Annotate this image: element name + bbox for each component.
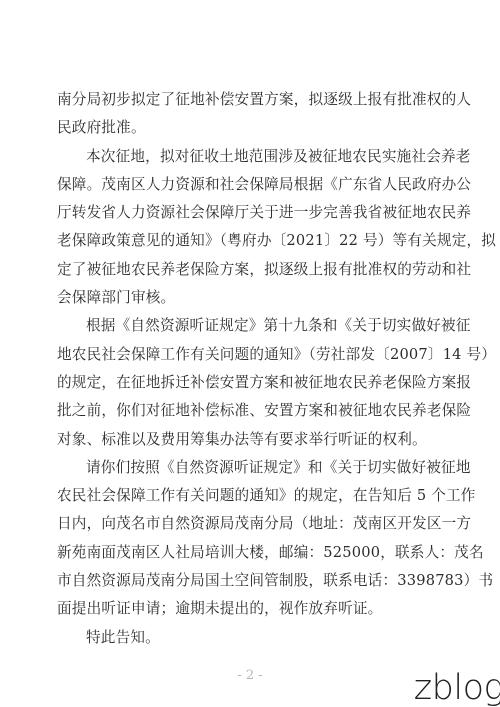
text-line: 地农民社会保障工作有关问题的通知》（劳社部发〔2007〕14 号） [57, 341, 441, 369]
paragraph: 根据《自然资源听证规定》第十九条和《关于切实做好被征 地农民社会保障工作有关问题… [57, 312, 441, 453]
text-line: 定了被征地农民养老保险方案，拟逐级上报有批准权的劳动和社 [57, 256, 441, 284]
text-line: 厅转发省人力资源社会保障厅关于进一步完善我省被征地农民养 [57, 199, 441, 227]
paragraph: 本次征地，拟对征收土地范围涉及被征地农民实施社会养老 保障。茂南区人力资源和社会… [57, 143, 441, 313]
text-line: 的规定，在征地拆迁补偿安置方案和被征地农民养老保险方案报 [57, 369, 441, 397]
text-line: 对象、标准以及费用筹集办法等有要求举行听证的权利。 [57, 426, 441, 454]
closing-line: 特此告知。 [57, 624, 441, 652]
watermark-logo: zblog [414, 668, 500, 707]
text-line: 批之前，你们对征地补偿标准、安置方案和被征地农民养老保险 [57, 397, 441, 425]
text-line: 市自然资源局茂南分局国土空间管制股，联系电话：3398783）书 [57, 567, 441, 595]
document-body: 南分局初步拟定了征地补偿安置方案，拟逐级上报有批准权的人 民政府批准。 本次征地… [57, 86, 441, 652]
paragraph: 南分局初步拟定了征地补偿安置方案，拟逐级上报有批准权的人 民政府批准。 [57, 86, 441, 143]
text-line: 本次征地，拟对征收土地范围涉及被征地农民实施社会养老 [57, 143, 441, 171]
text-line: 民政府批准。 [57, 114, 441, 142]
text-line: 请你们按照《自然资源听证规定》和《关于切实做好被征地 [57, 454, 441, 482]
text-line: 保障。茂南区人力资源和社会保障局根据《广东省人民政府办公 [57, 171, 441, 199]
text-line: 日内，向茂名市自然资源局茂南分局（地址：茂南区开发区一方 [57, 510, 441, 538]
paragraph: 请你们按照《自然资源听证规定》和《关于切实做好被征地 农民社会保障工作有关问题的… [57, 454, 441, 624]
text-line: 会保障部门审核。 [57, 284, 441, 312]
text-line: 面提出听证申请；逾期未提出的，视作放弃听证。 [57, 595, 441, 623]
text-line: 新苑南面茂南区人社局培训大楼，邮编：525000，联系人：茂名 [57, 539, 441, 567]
text-line: 南分局初步拟定了征地补偿安置方案，拟逐级上报有批准权的人 [57, 86, 441, 114]
text-line: 老保障政策意见的通知》（粤府办〔2021〕22 号）等有关规定，拟 [57, 227, 441, 255]
text-line: 农民社会保障工作有关问题的通知》的规定，在告知后 5 个工作 [57, 482, 441, 510]
paragraph: 特此告知。 [57, 624, 441, 652]
text-line: 根据《自然资源听证规定》第十九条和《关于切实做好被征 [57, 312, 441, 340]
